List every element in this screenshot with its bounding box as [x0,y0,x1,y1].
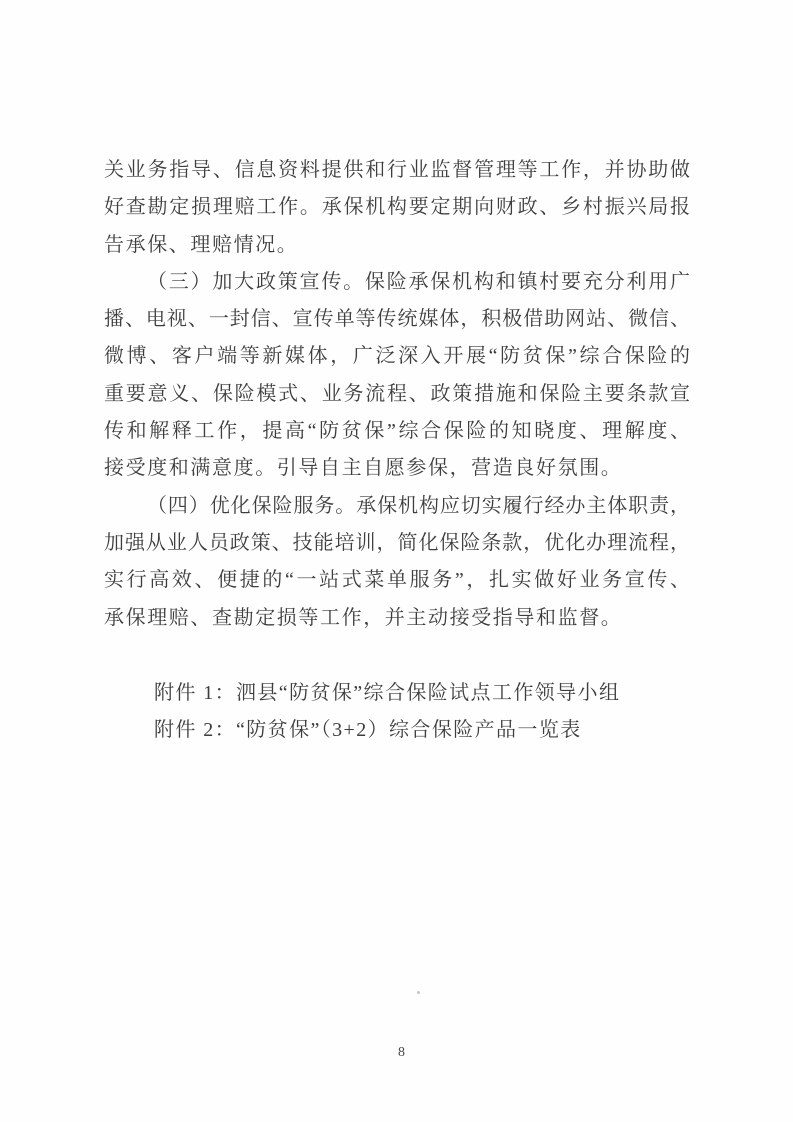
page-number: 8 [398,1045,405,1061]
scan-artifact-dot [417,991,420,994]
body-line: 重要意义、保险模式、业务流程、政策措施和保险主要条款宣 [104,376,690,413]
attachment-line: 附件 1：泗县“防贫保”综合保险试点工作领导小组 [154,675,714,712]
body-line: 接受度和满意度。引导自主自愿参保，营造良好氛围。 [104,450,690,487]
body-line: 告承保、理赔情况。 [104,227,690,264]
body-line: 关业务指导、信息资料提供和行业监督管理等工作，并协助做 [104,152,690,189]
body-line: 微博、客户端等新媒体，广泛深入开展“防贫保”综合保险的 [104,338,690,375]
body-line: （四）优化保险服务。承保机构应切实履行经办主体职责， [104,488,690,525]
body-line: 承保理赔、查勘定损等工作，并主动接受指导和监督。 [104,600,690,637]
body-line: （三）加大政策宣传。保险承保机构和镇村要充分利用广 [104,264,690,301]
document-page: 关业务指导、信息资料提供和行业监督管理等工作，并协助做好查勘定损理赔工作。承保机… [0,0,793,1122]
body-line: 播、电视、一封信、宣传单等传统媒体，积极借助网站、微信、 [104,301,690,338]
attachment-list: 附件 1：泗县“防贫保”综合保险试点工作领导小组附件 2：“防贫保”（3+2）综… [154,675,714,750]
body-line: 传和解释工作，提高“防贫保”综合保险的知晓度、理解度、 [104,413,690,450]
attachment-line: 附件 2：“防贫保”（3+2）综合保险产品一览表 [154,712,714,749]
body-line: 加强从业人员政策、技能培训，简化保险条款，优化办理流程， [104,525,690,562]
body-line: 实行高效、便捷的“一站式菜单服务”，扎实做好业务宣传、 [104,562,690,599]
body-line: 好查勘定损理赔工作。承保机构要定期向财政、乡村振兴局报 [104,189,690,226]
body-text: 关业务指导、信息资料提供和行业监督管理等工作，并协助做好查勘定损理赔工作。承保机… [104,152,690,637]
